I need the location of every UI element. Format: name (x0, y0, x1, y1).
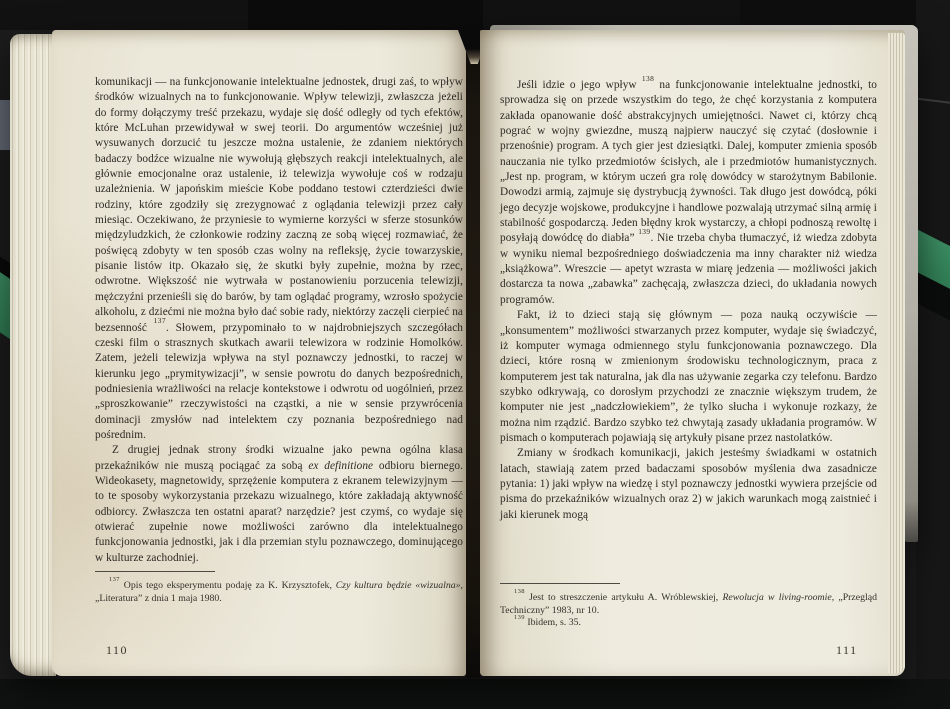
page-110-body-text: komunikacji — na funkcjonowanie intelekt… (95, 75, 463, 566)
page-110-footnotes: 137 Opis tego eksperymentu podaję za K. … (95, 571, 463, 605)
right-page-edge-stack (888, 33, 905, 673)
body-paragraph: Jeśli idzie o jego wpływ 138 na funkcjon… (500, 78, 877, 308)
footnote-paragraph: 138 Jest to streszczenie artykułu A. Wró… (500, 592, 877, 617)
book-cover-right-edge (905, 26, 918, 542)
book-gutter (466, 30, 480, 678)
open-book: komunikacji — na funkcjonowanie intelekt… (10, 30, 918, 680)
page-111-footnotes: 138 Jest to streszczenie artykułu A. Wró… (500, 583, 877, 630)
page-number-110: 110 (106, 643, 128, 658)
footnote-text: 138 Jest to streszczenie artykułu A. Wró… (500, 592, 877, 630)
footnote-paragraph: 139 Ibidem, s. 35. (500, 617, 877, 630)
body-paragraph: Zmiany w środkach komunikacji, jakich je… (500, 446, 877, 523)
page-111-body-text: Jeśli idzie o jego wpływ 138 na funkcjon… (500, 78, 877, 523)
body-paragraph: Fakt, iż to dzieci stają się głównym — p… (500, 308, 877, 446)
footnote-rule (95, 571, 215, 572)
body-paragraph: komunikacji — na funkcjonowanie intelekt… (95, 75, 463, 443)
page-number-111: 111 (836, 643, 858, 658)
footnote-rule (500, 583, 620, 584)
background-bottom-shadow (0, 679, 950, 709)
photo-background: komunikacji — na funkcjonowanie intelekt… (0, 0, 950, 709)
footnote-paragraph: 137 Opis tego eksperymentu podaję za K. … (95, 580, 463, 605)
body-paragraph: Z drugiej jednak strony środki wizualne … (95, 443, 463, 566)
background-right-shadow (916, 0, 950, 709)
left-page-fore-edge (10, 34, 56, 676)
footnote-text: 137 Opis tego eksperymentu podaję za K. … (95, 580, 463, 605)
